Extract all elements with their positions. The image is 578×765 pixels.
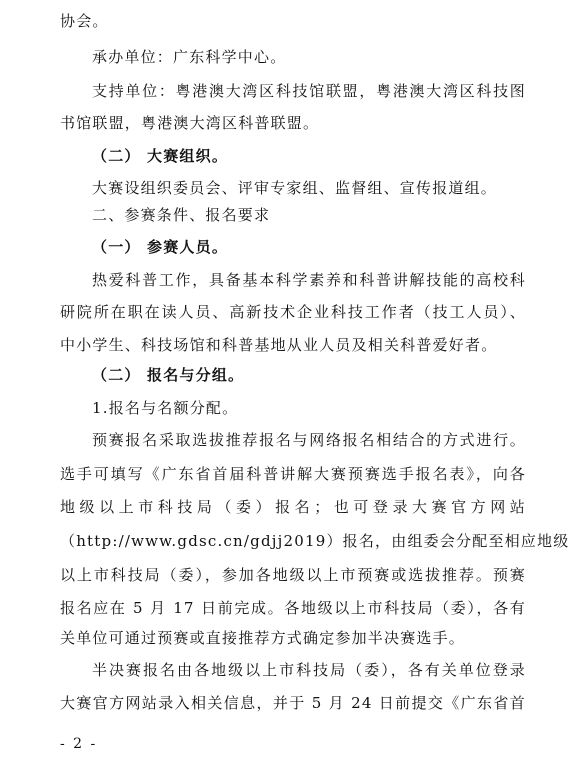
text-line: 1.报名与名额分配。 [92,398,562,418]
text-line: 地级以上市科技局（委）报名；也可登录大赛官方网站 [60,497,526,517]
text-line: 中小学生、科技场馆和科普基地从业人员及相关科普爱好者。 [60,335,530,355]
text-line: 预赛报名采取选拔推荐报名与网络报名相结合的方式进行。 [92,430,526,450]
text-line: 报名应在 5 月 17 日前完成。各地级以上市科技局（委），各有 [60,598,526,618]
text-line: 关单位可通过预赛或直接推荐方式确定参加半决赛选手。 [60,628,530,648]
text-line: 大赛设组织委员会、评审专家组、监督组、宣传报道组。 [92,178,562,198]
text-line: 支持单位：粤港澳大湾区科技馆联盟，粤港澳大湾区科技图 [92,81,526,101]
text-line: 协会。 [60,11,530,31]
text-line: 以上市科技局（委），参加各地级以上市预赛或选拔推荐。预赛 [60,565,526,585]
section-heading: （二） 大赛组织。 [92,146,562,166]
text-line: 承办单位：广东科学中心。 [92,47,562,67]
text-line: 半决赛报名由各地级以上市科技局（委），各有关单位登录 [92,660,526,680]
text-line: 热爱科普工作，具备基本科学素养和科普讲解技能的高校科 [92,270,526,290]
section-heading: （二） 报名与分组。 [92,365,562,385]
text-line: （http://www.gdsc.cn/gdjj2019）报名，由组委会分配至相… [60,531,526,551]
text-line: 二、参赛条件、报名要求 [92,205,562,225]
section-heading: （一） 参赛人员。 [92,237,562,257]
text-line: 研院所在职在读人员、高新技术企业科技工作者（技工人员）、 [60,302,526,322]
text-line: 书馆联盟，粤港澳大湾区科普联盟。 [60,113,530,133]
page-number: - 2 - [60,736,97,752]
text-line: 大赛官方网站录入相关信息，并于 5 月 24 日前提交《广东省首 [60,693,526,713]
text-line: 选手可填写《广东省首届科普讲解大赛预赛选手报名表》，向各 [60,464,526,484]
